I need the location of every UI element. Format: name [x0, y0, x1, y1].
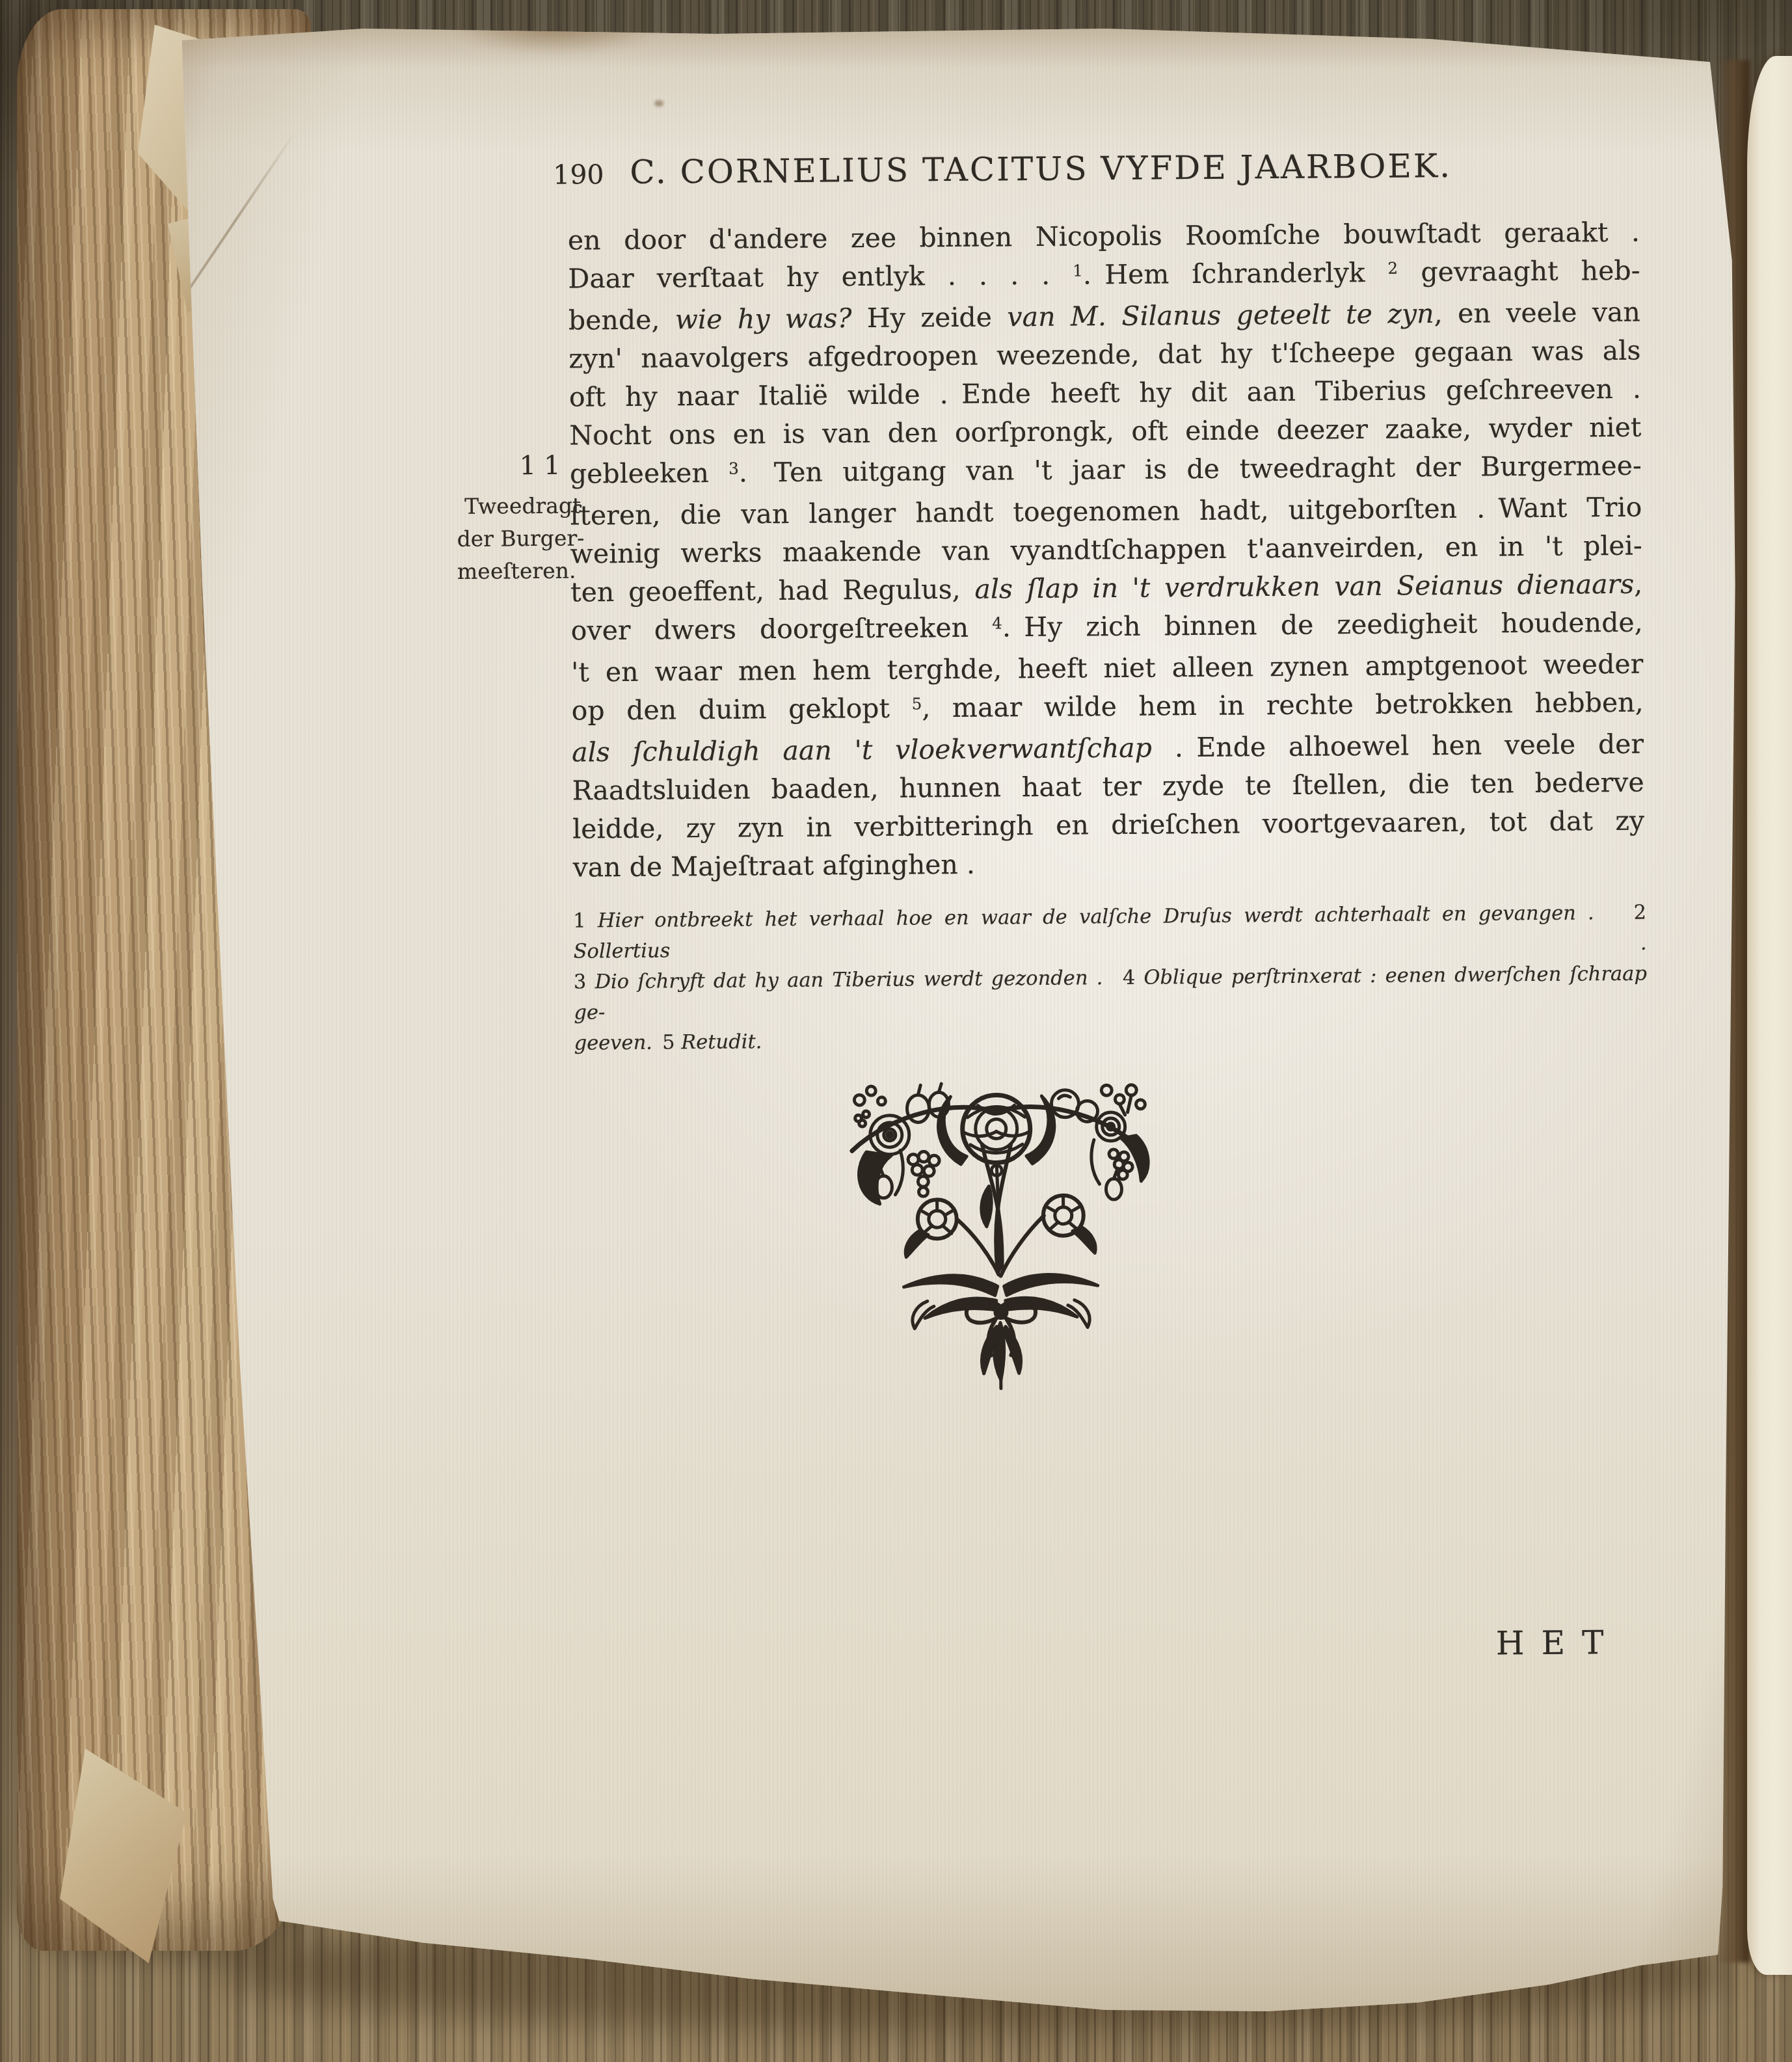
body-text: en door d'andere zee binnen Nicopolis Ro…	[568, 213, 1645, 887]
next-page-edge	[1747, 56, 1792, 1975]
text-line: 3 Dio ſchryft dat hy aan Tiberius werdt …	[574, 959, 1648, 1028]
photo-of-open-book: 190 C. CORNELIUS TACITUS VYFDE JAARBOEK.…	[0, 0, 1792, 2062]
running-title: C. CORNELIUS TACITUS VYFDE JAARBOEK.	[630, 147, 1452, 191]
margin-note-line: Tweedragt	[457, 489, 587, 523]
catchword: HET	[1496, 1624, 1621, 1663]
margin-note-lines: Tweedragtder Burger-meeſteren.	[457, 489, 587, 588]
book-page: 190 C. CORNELIUS TACITUS VYFDE JAARBOEK.…	[168, 23, 1737, 2016]
text-line: van de Majeſtraat afginghen .	[572, 840, 1644, 887]
page-number: 190	[553, 159, 604, 191]
footnotes: 1 Hier ontbreekt het verhaal hoe en waar…	[573, 898, 1648, 1059]
floral-tailpiece-woodcut-icon	[840, 1071, 1155, 1392]
running-header: 190 C. CORNELIUS TACITUS VYFDE JAARBOEK.	[553, 146, 1652, 192]
margin-section-number: 11	[520, 451, 568, 481]
margin-note-line: meeſteren.	[457, 554, 587, 588]
margin-note-line: der Burger-	[457, 522, 587, 556]
printed-page-content: 190 C. CORNELIUS TACITUS VYFDE JAARBOEK.…	[161, 18, 1746, 2023]
text-line: 1 Hier ontbreekt het verhaal hoe en waar…	[573, 898, 1647, 967]
